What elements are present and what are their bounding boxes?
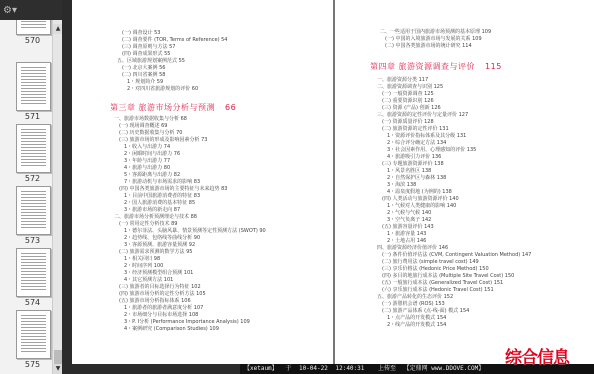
toc-entry[interactable]: 2・市场细分与目标市场选择 108 [124, 312, 266, 319]
thumbnail-preview [21, 129, 46, 166]
toc-entry[interactable]: 4・其它预测方法 101 [124, 277, 266, 284]
scrollbar-thumb[interactable] [54, 350, 62, 364]
thumbnail-preview [21, 20, 46, 28]
toc-entry[interactable]: 一、旅游市场数据收集与分析 68 [114, 116, 266, 123]
thumbnail-toolbar: ⚙▾ [0, 0, 62, 20]
page-thumbnail[interactable] [16, 186, 51, 235]
upload-action: 上传至 [378, 365, 396, 372]
toc-entry[interactable]: (二) 四川省案例 58 [122, 72, 227, 79]
thumbnail-page-number: 573 [16, 236, 49, 245]
toc-entry[interactable]: 3・社会因素作用、心理感知的评价 135 [387, 147, 531, 154]
toc-entry[interactable]: (四) 人类活动与旅游资源评价 140 [382, 196, 531, 203]
toc-entry[interactable]: (一) 条件价值评估法 (CVM, Contingent Valuation M… [382, 252, 531, 259]
toc-entry[interactable]: 二、旅游资源调查与识别 125 [377, 84, 531, 91]
thumbnail-preview [21, 253, 46, 290]
toc-entry[interactable]: (六) 享乐旅行成本法 (Hedonic Travel Cost) 151 [382, 287, 531, 294]
toc-entry[interactable]: 二、旅游市场分析预测理论与技术 88 [114, 214, 266, 221]
toc-entry[interactable]: (二) 旅游需求预测的数学方法 95 [119, 249, 266, 256]
uploader: 【xetaum】 [244, 365, 278, 372]
thumbnail-page-number: 575 [16, 360, 49, 369]
toc-entry[interactable]: 2・线产品的开发模式 154 [387, 322, 531, 329]
thumbnail-page-number: 571 [16, 112, 49, 121]
toc-entry[interactable]: 4・案例研究 (Comparison Studies) 109 [124, 326, 266, 333]
thumbnail-panel[interactable]: 570571572573574575 [0, 20, 52, 374]
toc-entry[interactable]: 7・旅游动机与市场需求的影响 83 [124, 179, 266, 186]
toc-entry[interactable]: (四) 中国各类旅游市场的主要特征与未来趋势 83 [119, 186, 266, 193]
toc-entry[interactable]: 2・趋势线、包络线等曲线分析 90 [124, 235, 266, 242]
toc-entry[interactable]: 1・相关回归 98 [124, 256, 266, 263]
watermark-logo: 综合信息 [505, 343, 569, 368]
toc-entry[interactable]: 3・旅游市场的新走向 87 [124, 207, 266, 214]
status-glyph: 于 [285, 365, 291, 372]
toc-entry[interactable]: (四) 旅游市场分析的定性分析方法 105 [119, 291, 266, 298]
toc-entry[interactable]: (二) 重要资源识别 126 [382, 98, 531, 105]
toc-entry[interactable]: (一) 游憩机会谱 (ROS) 153 [382, 301, 531, 308]
toc-entry[interactable]: 2・土地占用 146 [387, 238, 531, 245]
toc-entry[interactable]: 2・综合评分确定方法 134 [387, 140, 531, 147]
page-thumbnail[interactable] [16, 124, 51, 173]
toc-entry[interactable]: (一) 常用定性分析技术 89 [119, 221, 266, 228]
toc-entry[interactable]: 1・规划简介 59 [127, 79, 227, 86]
chapter-heading: 第三章 旅游市场分析与预测66 [110, 102, 236, 113]
upload-time: 12:40:31 [335, 365, 364, 372]
toc-entry[interactable]: 3・P. I分析 (Performance Importance Analysi… [124, 319, 266, 326]
toc-entry[interactable]: (三) 调查原则与方法 57 [122, 44, 227, 51]
toc-entry[interactable]: (一) 北京大案例 56 [122, 65, 227, 72]
toc-entry[interactable]: 1・资源评价指标体系及其分级 131 [387, 133, 531, 140]
toc-entry[interactable]: 2・对四川省旅游规划的评价 60 [127, 86, 227, 93]
toc-entry[interactable]: 3・经济预测模型组合预测 101 [124, 270, 266, 277]
toc-entry[interactable]: 4・温泉度假地 (为例的) 138 [387, 189, 531, 196]
thumbnail-page-number: 570 [16, 36, 49, 45]
toc-entry[interactable]: (一) 中国的入境旅游市场与发展的关系 109 [385, 36, 491, 43]
thumbnail-preview [21, 315, 46, 352]
document-page-right: 二、一些适用于国内旅游市场预测的基本原理 109(一) 中国的入境旅游市场与发展… [335, 0, 594, 364]
toc-entry[interactable]: (二) 旅游产品体系 (点-线-面) 模式 154 [382, 308, 531, 315]
toc-entry[interactable]: (三) 专题旅游资源评价 138 [382, 161, 531, 168]
toc-entry[interactable]: 2・时间序列 100 [124, 263, 266, 270]
toc-entry[interactable]: (三) 旅游市场的形成及影响因素分析 73 [119, 137, 266, 144]
chapter-page: 115 [485, 62, 502, 71]
toc-entry[interactable]: 1・目前中国旅游消费者的特征 83 [124, 193, 266, 200]
toc-entry[interactable]: (二) 旅行费用法 (simple travel cost) 149 [382, 259, 531, 266]
toc-entry[interactable]: (四) 多目的地旅行成本法 (Multiple Site Travel Cost… [382, 273, 531, 280]
toc-entry[interactable]: 1・收入与出游力 74 [124, 144, 266, 151]
page-thumbnail[interactable] [16, 62, 51, 111]
toc-entry[interactable]: (一) 资源质量评价 128 [382, 119, 531, 126]
toc-entry[interactable]: (五) 一般旅行成本法 (Generalized Travel Cost) 15… [382, 280, 531, 287]
toc-entry[interactable]: 2・气候与气候 140 [387, 210, 531, 217]
page-thumbnail[interactable] [16, 248, 51, 297]
toc-entry[interactable]: 3・空气负离子 142 [387, 217, 531, 224]
toc-entry[interactable]: 三、旅游资源的定性评价与定量评价 127 [377, 112, 531, 119]
toc-entry[interactable]: 5・客源距离与出游力 82 [124, 172, 266, 179]
toc-list-bottom-right: 一、旅游资源分类 117二、旅游资源调查与识别 125(一) 一般资源调查 12… [377, 77, 531, 329]
panel-divider[interactable] [62, 0, 72, 374]
upload-date: 10-04-22 [299, 365, 328, 372]
toc-entry[interactable]: 1・旅游者的旅游者满意度分析 107 [124, 305, 266, 312]
toc-entry[interactable]: (三) 资源 (产品) 创新 126 [382, 105, 531, 112]
toc-entry[interactable]: 1・德尔菲法、头脑风暴、情景预测等定性预测方法 (SWOT) 90 [124, 228, 266, 235]
toc-entry[interactable]: 2・国人旅游消费的基本特征 85 [124, 200, 266, 207]
chapter-title: 第三章 旅游市场分析与预测 [110, 103, 215, 112]
toc-entry[interactable]: 五、区域旅游规划案例范式 55 [117, 58, 227, 65]
toc-entry[interactable]: 1・气候对人类健康的影响 140 [387, 203, 531, 210]
toc-entry[interactable]: (一) 现场调查概述 69 [119, 123, 266, 130]
toc-entry[interactable]: 二、一些适用于国内旅游市场预测的基本原理 109 [380, 29, 491, 36]
toc-entry[interactable]: 一、旅游资源分类 117 [377, 77, 531, 84]
gear-icon[interactable]: ⚙▾ [3, 6, 17, 16]
toc-list-top-right: 二、一些适用于国内旅游市场预测的基本原理 109(一) 中国的入境旅游市场与发展… [380, 29, 491, 50]
toc-entry[interactable]: 3・年龄与出游力 77 [124, 158, 266, 165]
toc-entry[interactable]: 2・闲暇时间与出游力 76 [124, 151, 266, 158]
site-name: 【定鼎网 www.DDOVE.COM】 [404, 365, 485, 372]
toc-entry[interactable]: (三) 享乐价格法 (Hedonic Price Method) 150 [382, 266, 531, 273]
toc-entry[interactable]: 四、旅游资源经济价值评价 146 [377, 245, 531, 252]
toc-entry[interactable]: 1・风景名胜区 138 [387, 168, 531, 175]
thumbnail-page-number: 572 [16, 174, 49, 183]
toc-entry[interactable]: (一) 一般资源调查 125 [382, 91, 531, 98]
toc-entry[interactable]: (二) 旅游资源的定性评价 131 [382, 126, 531, 133]
toc-entry[interactable]: 2・自然保护区与森林 138 [387, 175, 531, 182]
thumbnail-page-number: 574 [16, 298, 49, 307]
chapter-page: 66 [225, 103, 236, 112]
footer-dark [72, 364, 240, 374]
toc-entry[interactable]: 五、旅游产品转化的生态评价 152 [377, 294, 531, 301]
toc-entry[interactable]: (五) 旅游市场分析指标体系 106 [119, 298, 266, 305]
toc-entry[interactable]: (四) 调查成果形式 55 [122, 51, 227, 58]
chapter-heading: 第四章 旅游资源调查与评价115 [370, 61, 502, 72]
toc-entry[interactable]: 1・旅游容量 143 [387, 231, 531, 238]
toc-entry[interactable]: 3・客源预测、旅游容量预测 92 [124, 242, 266, 249]
toc-list-top-left: (一) 调查设计 53(二) 调查要件 (TOR, Terms of Refer… [117, 30, 227, 93]
toc-entry[interactable]: (一) 调查设计 53 [122, 30, 227, 37]
toc-entry[interactable]: 4・旅游吸引力评价 136 [387, 154, 531, 161]
thumbnail-preview [21, 67, 46, 104]
document-page-left: (一) 调查设计 53(二) 调查要件 (TOR, Terms of Refer… [72, 0, 333, 364]
chapter-title: 第四章 旅游资源调查与评价 [370, 62, 475, 71]
toc-entry[interactable]: 4・旅游与出游力 80 [124, 165, 266, 172]
toc-entry[interactable]: 1・点产品的开发模式 154 [387, 315, 531, 322]
toc-entry[interactable]: (二) 中国各类旅游市场的统计研究 114 [385, 43, 491, 50]
toc-entry[interactable]: (五) 旅游容量评价 143 [382, 224, 531, 231]
page-thumbnail[interactable] [16, 310, 51, 359]
toc-entry[interactable]: 3・海滨 138 [387, 182, 531, 189]
thumbnail-preview [21, 191, 46, 228]
toc-entry[interactable]: (二) 调查要件 (TOR, Terms of Reference) 54 [122, 37, 227, 44]
toc-entry[interactable]: (二) 历史数据收集与分析 70 [119, 130, 266, 137]
page-thumbnail[interactable] [16, 20, 51, 35]
toc-entry[interactable]: (三) 旅游者的目标选择行为特征 102 [119, 284, 266, 291]
toc-list-bottom-left: 一、旅游市场数据收集与分析 68(一) 现场调查概述 69(二) 历史数据收集与… [114, 116, 266, 333]
